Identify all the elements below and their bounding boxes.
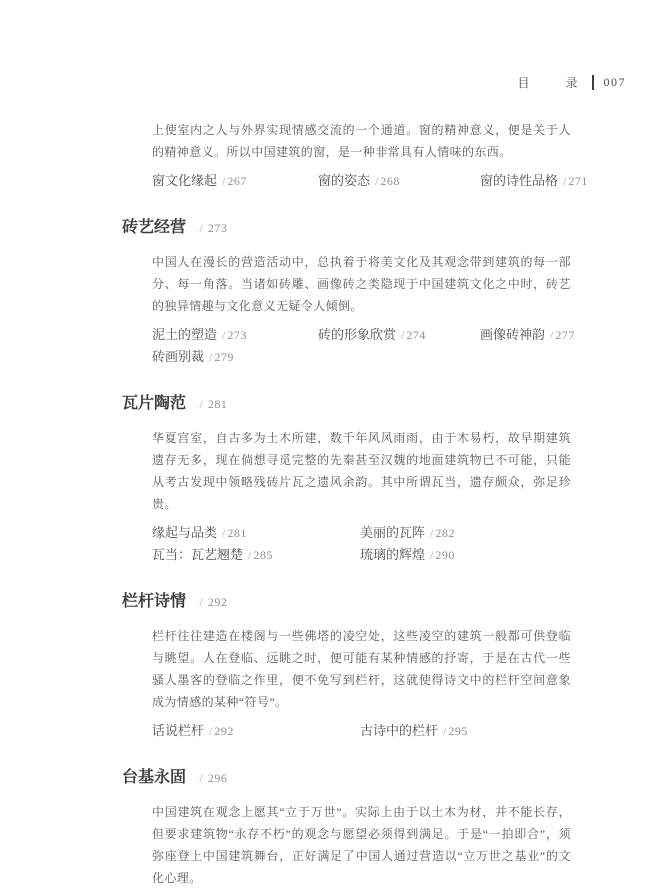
- subsection-list: 话说栏杆/292 古诗中的栏杆/295: [152, 720, 571, 742]
- section-summary: 中国人在漫长的营造活动中，总执着于将美文化及其观念带到建筑的每一部分、每一角落。…: [152, 251, 571, 317]
- toc-entry-title: 画像砖神韵: [480, 327, 545, 342]
- toc-entry: 泥土的塑造/273: [152, 324, 318, 346]
- slash-separator: /: [375, 174, 378, 188]
- running-head: 目 录 007: [517, 74, 626, 91]
- section-summary: 华夏宫室，自古多为土木所建，数千年风风雨雨，由于木易朽，故早期建筑遗存无多，现在…: [152, 427, 571, 515]
- toc-entry: 窗文化缘起/267: [152, 170, 318, 192]
- toc-entry-page-number: 268: [380, 174, 400, 188]
- toc-entry-title: 美丽的瓦阵: [360, 525, 425, 540]
- toc-entry: 窗的诗性品格/271: [480, 170, 588, 192]
- toc-entry-title: 窗文化缘起: [152, 173, 217, 188]
- toc-entry-page-number: 292: [214, 724, 234, 738]
- toc-entry-title: 话说栏杆: [152, 723, 204, 738]
- slash-separator: /: [248, 548, 251, 562]
- slash-separator: /: [550, 328, 553, 342]
- toc-section: 砖艺经营 / 273 中国人在漫长的营造活动中，总执着于将美文化及其观念带到建筑…: [152, 218, 571, 368]
- toc-entry: 美丽的瓦阵/282: [360, 522, 571, 544]
- toc-entry-page-number: 277: [555, 328, 575, 342]
- toc-section: 栏杆诗情 / 292 栏杆往往建造在楼阁与一些佛塔的凌空处，这些凌空的建筑一般都…: [152, 592, 571, 742]
- running-head-page-number: 007: [604, 75, 627, 90]
- toc-entry-title: 砖画别裁: [152, 349, 204, 364]
- toc-entry-page-number: 279: [214, 350, 234, 364]
- running-head-title: 目 录: [517, 74, 589, 91]
- toc-entry-title: 琉璃的辉煌: [360, 547, 425, 562]
- slash-separator: /: [430, 548, 433, 562]
- toc-entry-title: 窗的姿态: [318, 173, 370, 188]
- slash-separator: /: [199, 771, 202, 785]
- section-heading: 砖艺经营 / 273: [122, 218, 571, 238]
- toc-entry-title: 窗的诗性品格: [480, 173, 558, 188]
- toc-entry-page-number: 290: [435, 548, 455, 562]
- toc-entry: 话说栏杆/292: [152, 720, 360, 742]
- toc-entry-page-number: 281: [227, 526, 247, 540]
- section-page-number: 273: [208, 221, 228, 235]
- slash-separator: /: [199, 397, 202, 411]
- slash-separator: /: [209, 350, 212, 364]
- toc-entry-page-number: 273: [227, 328, 247, 342]
- toc-entry: 古诗中的栏杆/295: [360, 720, 571, 742]
- toc-content: 上使室内之人与外界实现情感交流的一个通道。窗的精神意义，便是关于人的精神意义。所…: [152, 119, 571, 892]
- toc-entry: 砖画别裁/279: [152, 346, 318, 368]
- toc-entry-title: 瓦当：瓦艺翘楚: [152, 547, 243, 562]
- toc-entry: 画像砖神韵/277: [480, 324, 575, 346]
- toc-section: 上使室内之人与外界实现情感交流的一个通道。窗的精神意义，便是关于人的精神意义。所…: [152, 119, 571, 192]
- section-page-ref: / 281: [194, 397, 227, 411]
- section-page-ref: / 292: [194, 595, 227, 609]
- slash-separator: /: [199, 595, 202, 609]
- toc-entry: 琉璃的辉煌/290: [360, 544, 571, 566]
- toc-entry-title: 泥土的塑造: [152, 327, 217, 342]
- slash-separator: /: [209, 724, 212, 738]
- slash-separator: /: [222, 526, 225, 540]
- running-head-divider: [592, 75, 594, 90]
- toc-entry: 缘起与品类/281: [152, 522, 360, 544]
- section-title: 砖艺经营: [122, 219, 186, 236]
- toc-entry-page-number: 295: [448, 724, 468, 738]
- toc-entry-title: 砖的形象欣赏: [318, 327, 396, 342]
- slash-separator: /: [443, 724, 446, 738]
- section-heading: 栏杆诗情 / 292: [122, 592, 571, 612]
- toc-entry: 瓦当：瓦艺翘楚/285: [152, 544, 360, 566]
- section-page-number: 281: [208, 397, 228, 411]
- section-page-number: 296: [208, 771, 228, 785]
- toc-entry-page-number: 282: [435, 526, 455, 540]
- section-title: 栏杆诗情: [122, 593, 186, 610]
- subsection-list: 缘起与品类/281 美丽的瓦阵/282 瓦当：瓦艺翘楚/285 琉璃的辉煌/29…: [152, 522, 571, 566]
- toc-entry-title: 缘起与品类: [152, 525, 217, 540]
- subsection-list: 泥土的塑造/273 砖的形象欣赏/274 画像砖神韵/277 砖画别裁/279: [152, 324, 571, 368]
- section-summary: 栏杆往往建造在楼阁与一些佛塔的凌空处，这些凌空的建筑一般都可供登临与眺望。人在登…: [152, 625, 571, 713]
- section-page-ref: / 296: [194, 771, 227, 785]
- toc-entry: 窗的姿态/268: [318, 170, 480, 192]
- toc-entry-page-number: 285: [253, 548, 273, 562]
- section-heading: 台基永固 / 296: [122, 768, 571, 788]
- slash-separator: /: [430, 526, 433, 540]
- section-page-number: 292: [208, 595, 228, 609]
- section-title: 台基永固: [122, 769, 186, 786]
- slash-separator: /: [222, 328, 225, 342]
- book-toc-page: 目 录 007 上使室内之人与外界实现情感交流的一个通道。窗的精神意义，便是关于…: [0, 0, 666, 892]
- section-summary: 中国建筑在观念上愿其“立于万世”。实际上由于以土木为材，并不能长存，但要求建筑物…: [152, 801, 571, 889]
- slash-separator: /: [222, 174, 225, 188]
- section-page-ref: / 273: [194, 221, 227, 235]
- section-heading: 瓦片陶范 / 281: [122, 394, 571, 414]
- toc-entry-title: 古诗中的栏杆: [360, 723, 438, 738]
- section-summary: 上使室内之人与外界实现情感交流的一个通道。窗的精神意义，便是关于人的精神意义。所…: [152, 119, 571, 163]
- section-title: 瓦片陶范: [122, 395, 186, 412]
- toc-entry-page-number: 274: [406, 328, 426, 342]
- toc-entry-page-number: 267: [227, 174, 247, 188]
- toc-section: 台基永固 / 296 中国建筑在观念上愿其“立于万世”。实际上由于以土木为材，并…: [152, 768, 571, 889]
- toc-section: 瓦片陶范 / 281 华夏宫室，自古多为土木所建，数千年风风雨雨，由于木易朽，故…: [152, 394, 571, 566]
- toc-entry: 砖的形象欣赏/274: [318, 324, 480, 346]
- slash-separator: /: [563, 174, 566, 188]
- slash-separator: /: [199, 221, 202, 235]
- toc-entry-page-number: 271: [568, 174, 588, 188]
- subsection-list: 窗文化缘起/267 窗的姿态/268 窗的诗性品格/271: [152, 170, 571, 192]
- slash-separator: /: [401, 328, 404, 342]
